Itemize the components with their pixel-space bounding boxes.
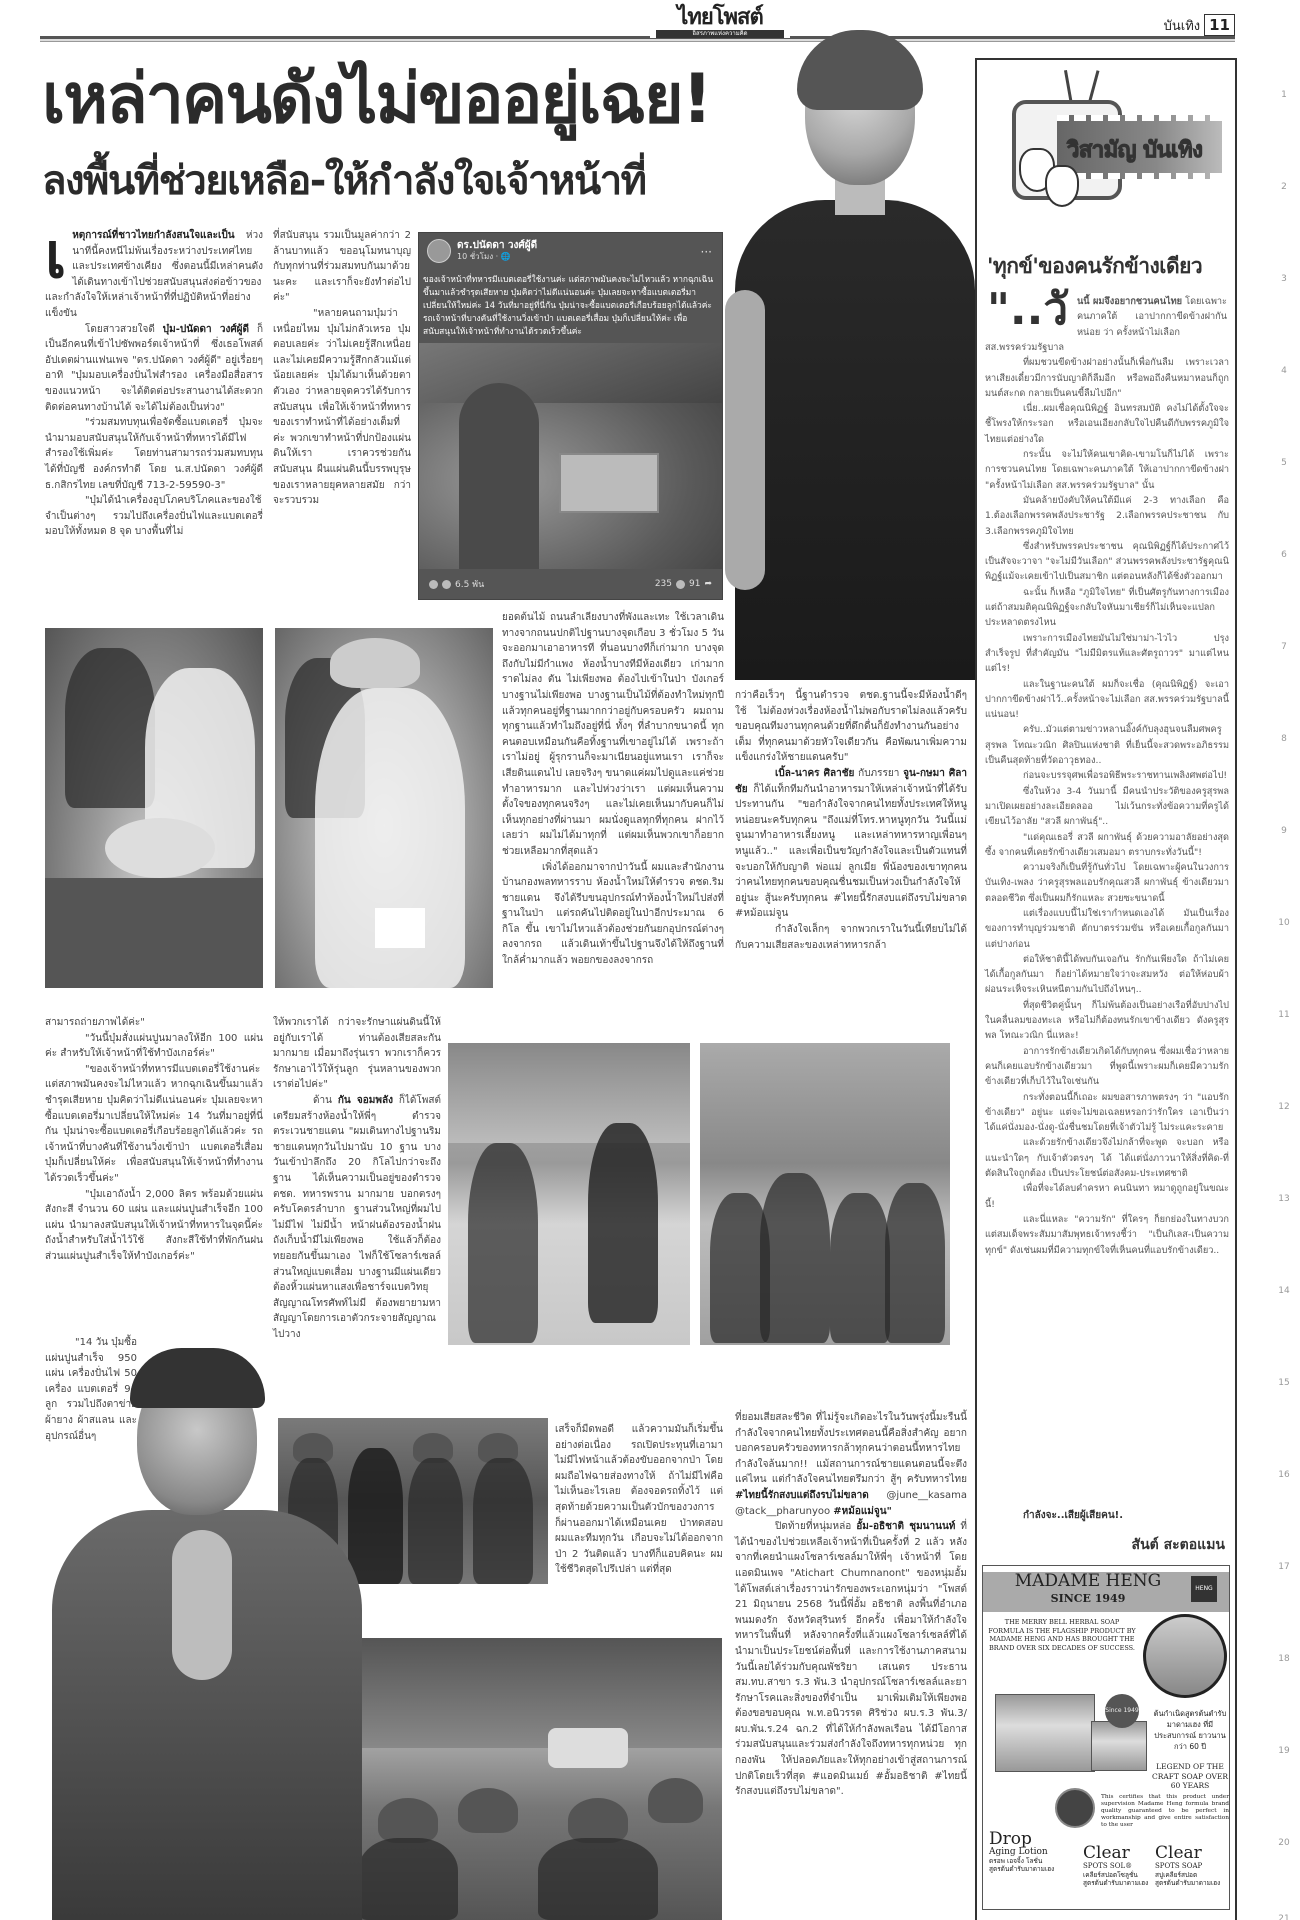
author-avatar: [427, 239, 451, 263]
ad-building-photo: [1143, 1614, 1227, 1698]
photo-bowl: [105, 818, 215, 878]
paragraph: ต่อให้ชาตินี้ได้พบกันเจอกัน รักกันเพียงใ…: [985, 952, 1229, 998]
article-col-2b: ให้พวกเราได้ กว่าจะรักษาแผ่นดินนี้ให้อยู…: [273, 1015, 441, 1342]
headline: เหล่าคนดังไม่ขออยู่เฉย!: [42, 58, 822, 142]
photo-helmet: [648, 1778, 703, 1823]
photo-figure: [735, 200, 975, 680]
paragraph: กระนั้น จะไม่ให้คนเขาคิด-เขามโนก็ไม่ได้ …: [985, 447, 1229, 493]
article-col-3b: เสร็จก็มืดพอดี แล้วความมันก็เริ่มขึ้นอย่…: [555, 1422, 723, 1578]
photo-figure: [830, 1193, 890, 1343]
ruler-mark: 6: [1272, 550, 1296, 560]
lead-bold: หตุการณ์ที่ชาวไทยกำลังสนใจและเป็น: [72, 230, 234, 241]
column-logo: วิสามัญ บันเทิง: [997, 70, 1222, 210]
photo-figure: [538, 1838, 658, 1920]
ruler-mark: 17: [1272, 1562, 1296, 1572]
column-closing: กำลังจะ..เสียผู้เสียคน!.: [1023, 1508, 1123, 1523]
photo-figure-hair: [130, 1348, 265, 1408]
ruler-mark: 11: [1272, 1010, 1296, 1020]
facebook-post-embed: ดร.ปนัดดา วงศ์ผู้ดี 10 ชั่วโมง · 🌐 ··· ข…: [418, 232, 723, 600]
comedy-mask-icon: [1045, 165, 1079, 207]
ruler-mark: 19: [1272, 1746, 1296, 1756]
article-col-3: ยอดต้นไม้ ถนนลำเลียงบางที่พังและเทะ ใช้เ…: [502, 610, 724, 969]
paragraph: มันคล้ายบังคับให้คนใต้มีแค่ 2-3 ทางเลือก…: [985, 493, 1229, 539]
ruler-mark: 18: [1272, 1654, 1296, 1664]
ad-soap-box-small: [1091, 1721, 1147, 1771]
like-reaction-icon: [429, 580, 438, 589]
paragraph: "บุ๋มได้นำเครื่องอุปโภคบริโภคและของใช้จำ…: [45, 493, 263, 540]
photo-figure: [760, 1173, 830, 1343]
reaction-count: 6.5 พัน: [455, 577, 484, 591]
paragraph: แต่เรื่องแบบนี้ไม่ใช่เรากำหนดเองได้ มันเ…: [985, 906, 1229, 952]
paragraph: ความจริงก็เป็นที่รู้กันทั่วไป โดยเฉพาะผู…: [985, 860, 1229, 906]
column-title: 'ทุกข์'ของคนรักข้างเดียว: [987, 250, 1227, 283]
ruler-mark: 13: [1272, 1194, 1296, 1204]
comment-count: 235: [655, 579, 672, 589]
paragraph: สส.พรรคร่วมรัฐบาล: [985, 340, 1229, 355]
article-col-4b: ที่ยอมเสียสละชีวิต ที่ไม่รู้จะเกิดอะไรใน…: [735, 1410, 967, 1800]
paragraph: "ร่วมสมทบทุนเพื่อจัดซื้อแบตเตอรี่ บุ๋มจะ…: [45, 415, 263, 493]
paragraph: "แด่คุณเธอรี่ สวลี ผกาพันธุ์ ด้วยความอาล…: [985, 830, 1229, 861]
ruler-mark: 2: [1272, 182, 1296, 192]
page-number: 11: [1204, 14, 1235, 36]
paragraph: ให้พวกเราได้ กว่าจะรักษาแผ่นดินนี้ให้อยู…: [273, 1015, 441, 1093]
ruler-mark: 5: [1272, 458, 1296, 468]
photo-soldiers-forest: [338, 1638, 722, 1920]
paragraph: สามารถถ่ายภาพได้ค่ะ": [45, 1015, 263, 1031]
paragraph: "ของเจ้าหน้าที่ทหารมีแบตเตอรี่ใช้งานค่ะ …: [45, 1062, 263, 1187]
paragraph: ก่อนจะบรรจุศพเพื่อรอพิธีพระราชทานเพลิงศพ…: [985, 768, 1229, 783]
person-name: อั้ม-อธิชาติ ชุมนานนท์: [856, 1521, 955, 1532]
photo-figure: [588, 1123, 658, 1323]
ruler-mark: 20: [1272, 1838, 1296, 1848]
person-name: กัน จอมพลัง: [338, 1095, 393, 1106]
paragraph: เพิ่งได้ออกมาจากป่าวันนี้ ผมและสำนักงานบ…: [502, 860, 724, 969]
ruler-mark: 16: [1272, 1470, 1296, 1480]
paragraph: ปิดท้ายที่หนุ่มหล่อ อั้ม-อธิชาติ ชุมนานน…: [735, 1519, 967, 1800]
photo-cup: [375, 908, 425, 948]
page-ruler: 1 2 3 4 5 6 7 8 9 10 11 12 13 14 15 16 1…: [1272, 60, 1296, 1920]
ad-brand-badge: HENG: [1191, 1576, 1217, 1602]
quote-mark: "..วั: [987, 288, 1068, 332]
paragraph: ยอดต้นไม้ ถนนลำเลียงบางที่พังและเทะ ใช้เ…: [502, 610, 724, 860]
paragraph: และนี่แหละ "ความรัก" ที่ใครๆ ก็ยกย่องในท…: [985, 1212, 1229, 1258]
photo-equipment: [559, 453, 659, 513]
photo-cap: [330, 638, 420, 688]
paragraph: ที่ผมชวนขีดข้างฝาอย่างนั้นก็เพื่อกันลืม …: [985, 355, 1229, 401]
article-col-1: เหตุการณ์ที่ชาวไทยกำลังสนใจและเป็น ห่วง …: [45, 228, 263, 540]
paragraph: เบิ้ล-นาคร ศิลาชัย กับภรรยา จูน-กษมา ศิล…: [735, 766, 967, 922]
lead-paragraph: เหตุการณ์ที่ชาวไทยกำลังสนใจและเป็น ห่วง …: [45, 228, 263, 322]
photo-figure: [65, 648, 155, 808]
paragraph: เนี่ย..ผมเชื่อคุณนิพิฏฐ์ อินทรสมบัติ คงไ…: [985, 401, 1229, 447]
ruler-mark: 9: [1272, 826, 1296, 836]
share-icon: ➦: [704, 579, 712, 589]
article-col-1b: สามารถถ่ายภาพได้ค่ะ" "วันนี้บุ๋มสั่งแผ่น…: [45, 1015, 263, 1265]
ruler-mark: 21: [1272, 1914, 1296, 1920]
ad-soap-box-large: [995, 1694, 1095, 1772]
article-col-2: ที่สนับสนุน รวมเป็นมูลค่ากว่า 2 ล้านบาทแ…: [273, 228, 411, 509]
post-photo: [419, 343, 722, 571]
photo-figure: [358, 1838, 458, 1920]
ruler-mark: 12: [1272, 1102, 1296, 1112]
ad-product-drop: Drop Aging Lotion ดรอพ เอจจิ้ง โลชั่น สู…: [989, 1830, 1054, 1873]
ad-certificate: This certifies that this product under s…: [1101, 1794, 1229, 1829]
masthead: ไทยโพสต์ อิสรภาพแห่งความคิด บันเทิง 11: [40, 0, 1235, 44]
photo-trees: [338, 1638, 722, 1748]
paragraph: โดยสาวสวยใจดี บุ๋ม-ปนัดดา วงศ์ผู้ดี ก็เป…: [45, 322, 263, 416]
paragraph: ครับ..มัวแต่ตามข่าวหลานอิ๊งค์กับลุงฮุนจน…: [985, 722, 1229, 768]
logo-name: ไทยโพสต์: [656, 6, 784, 30]
paragraph: เสร็จก็มืดพอดี แล้วความมันก็เริ่มขึ้นอย่…: [555, 1422, 723, 1578]
paragraph: ซึ่งสำหรับพรรคประชาชน คุณนิพิฏฐ์ก็ได้ประ…: [985, 539, 1229, 585]
ruler-mark: 3: [1272, 274, 1296, 284]
ad-brand: MADAME HENG: [983, 1572, 1193, 1590]
photo-cooking-2: [275, 628, 493, 988]
ad-description: THE MERRY BELL HERBAL SOAP FORMULA IS TH…: [987, 1618, 1137, 1652]
person-name: บุ๋ม-ปนัดดา วงศ์ผู้ดี: [163, 324, 249, 335]
paragraph: เพื่อที่จะได้ลบคำครหา คนนินทา หมาดูถูกอย…: [985, 1181, 1229, 1212]
comment-icon: [676, 580, 685, 589]
opinion-column: วิสามัญ บันเทิง 'ทุกข์'ของคนรักข้างเดียว…: [975, 58, 1237, 1920]
hashtag: #หม้อแม่จูน": [833, 1506, 892, 1517]
photo-figure: [885, 1183, 945, 1343]
ruler-mark: 7: [1272, 642, 1296, 652]
paragraph: เพราะการเมืองไทยมันไม่ใช่มาม่า-ไวไว ปรุง…: [985, 631, 1229, 677]
paragraph: "บุ๋มเอาถังน้ำ 2,000 ลิตร พร้อมด้วยแผ่นส…: [45, 1187, 263, 1265]
paragraph: กำลังใจเล็กๆ จากพวกเราในวันนี้เทียบไม่ได…: [735, 922, 967, 953]
photo-helmet: [568, 1798, 628, 1843]
photo-person: [459, 383, 539, 571]
paragraph: "หลายคนถามบุ๋มว่าเหนื่อยไหม บุ๋มไม่กลัวเ…: [273, 306, 411, 509]
ad-since: SINCE 1949: [983, 1592, 1193, 1605]
more-options-icon: ···: [701, 245, 712, 259]
drop-cap: เ: [45, 230, 66, 282]
paragraph: ฉะนั้น ก็เหลือ "ภูมิใจไทย" ที่เป็นศัตรูก…: [985, 585, 1229, 631]
lead-text: ห่วง นาทีนี้คงหนีไม่พ้นเรื่องระหว่างประเ…: [45, 230, 263, 319]
ad-thai-tagline: ต้นกำเนิดสูตรต้นตำรับ มาดามเฮง ที่มีประส…: [1151, 1708, 1229, 1752]
ad-quality-seal-icon: [1055, 1788, 1095, 1828]
paragraph: ด้าน กัน จอมพลัง ก็ได้โพสต์เตรียมสร้างห้…: [273, 1093, 441, 1343]
section-name: บันเทิง: [1164, 15, 1201, 36]
article-col-4: กว่าคือเร็วๆ นี้ฐานตำรวจ ตชด.ฐานนี้จะมีห…: [735, 688, 967, 953]
paragraph: และด้วยรักข้างเดียวจึงไม่กล้าที่จะพูด จะ…: [985, 1135, 1229, 1181]
ruler-mark: 10: [1272, 918, 1296, 928]
post-time: 10 ชั่วโมง · 🌐: [457, 252, 537, 262]
paragraph: อาการรักข้างเดียวเกิดได้กับทุกคน ซึ่งผมเ…: [985, 1044, 1229, 1090]
love-reaction-icon: [442, 580, 451, 589]
photo-van: [548, 1728, 628, 1768]
hashtag: #ไทยนี้รักสงบแต่ถึงรบไม่ขลาด: [735, 1490, 869, 1501]
paragraph: กระทั่งตอนนี้ก็เถอะ ผมขอสารภาพตรงๆ ว่า "…: [985, 1090, 1229, 1136]
photo-helmet: [378, 1798, 438, 1843]
column-lead: นนี้ ผมจึงอยากชวนคนไทย โดยเฉพาะคนภาคใต้ …: [1077, 294, 1227, 340]
photo-kan-team-2: [700, 1043, 950, 1345]
column-logo-title: วิสามัญ บันเทิง: [1067, 132, 1202, 167]
paragraph: และในฐานะคนใต้ ผมก็จะเชื่อ (คุณนิพิฏฐ์) …: [985, 677, 1229, 723]
ruler-mark: 15: [1272, 1378, 1296, 1388]
ruler-mark: 1: [1272, 90, 1296, 100]
photo-figure: [408, 1458, 463, 1584]
post-header: ดร.ปนัดดา วงศ์ผู้ดี 10 ชั่วโมง · 🌐: [427, 239, 537, 263]
ruler-mark: 14: [1272, 1286, 1296, 1296]
section-label: บันเทิง 11: [1164, 14, 1235, 36]
photo-cooking-1: [45, 628, 263, 988]
ad-product-clear-sol: Clear SPOTS SOL® เคลียร์สปอตโซลูชั่น สูต…: [1083, 1844, 1148, 1887]
column-body: สส.พรรคร่วมรัฐบาล ที่ผมชวนขีดข้างฝาอย่าง…: [985, 340, 1229, 1258]
masthead-rule: [40, 36, 1235, 42]
ad-product-clear-soap: Clear SPOTS SOAP สบู่เคลียร์สปอต สูตรต้น…: [1155, 1844, 1220, 1887]
ad-since-stamp: Since 1949: [1105, 1694, 1139, 1728]
photo-kan-team-1: [448, 1043, 690, 1345]
photo-pot: [45, 878, 263, 988]
lead-bold: นนี้ ผมจึงอยากชวนคนไทย: [1077, 296, 1182, 307]
photo-helmet: [458, 1788, 518, 1833]
share-count: 91: [689, 579, 700, 589]
post-author: ดร.ปนัดดา วงศ์ผู้ดี: [457, 240, 537, 252]
photo-figure: [468, 1143, 538, 1343]
paragraph: ที่ยอมเสียสละชีวิต ที่ไม่รู้จะเกิดอะไรใน…: [735, 1410, 967, 1519]
paragraph: ที่สุดชีวิตคู่นั้นๆ ก็ไม่พ้นต้องเป็นอย่า…: [985, 998, 1229, 1044]
person-name: เบิ้ล-นาคร ศิลาชัย: [775, 768, 854, 779]
photo-praying-hands: [172, 1530, 232, 1680]
ruler-mark: 8: [1272, 734, 1296, 744]
photo-trees: [448, 1043, 690, 1143]
photo-figure: [473, 1458, 533, 1584]
photo-atichart: [42, 1340, 362, 1920]
post-engagement-bar: 6.5 พัน 23591➦: [419, 569, 722, 599]
paragraph: "วันนี้บุ๋มสั่งแผ่นปูนมาลงให้อีก 100 แผ่…: [45, 1031, 263, 1062]
paragraph: กว่าคือเร็วๆ นี้ฐานตำรวจ ตชด.ฐานนี้จะมีห…: [735, 688, 967, 766]
photo-tent: [419, 343, 722, 403]
subheadline: ลงพื้นที่ช่วยเหลือ-ให้กำลังใจเจ้าหน้าที่: [42, 148, 802, 214]
ruler-mark: 4: [1272, 366, 1296, 376]
photo-figure-arm: [725, 290, 765, 590]
paragraph: ซึ่งในห้วง 3-4 วันมานี้ มีคนนำประวัติของ…: [985, 784, 1229, 830]
column-author: สันต์ สะตอแมน: [1132, 1534, 1225, 1556]
madame-heng-advertisement: MADAME HENG SINCE 1949 HENG THE MERRY BE…: [982, 1565, 1230, 1910]
paragraph: ที่สนับสนุน รวมเป็นมูลค่ากว่า 2 ล้านบาทแ…: [273, 228, 411, 306]
ad-legend: LEGEND OF THE CRAFT SOAP OVER 60 YEARS: [1151, 1762, 1229, 1791]
post-text: ของเจ้าหน้าที่ทหารมีแบตเตอรี่ใช้งานค่ะ แ…: [423, 273, 716, 338]
